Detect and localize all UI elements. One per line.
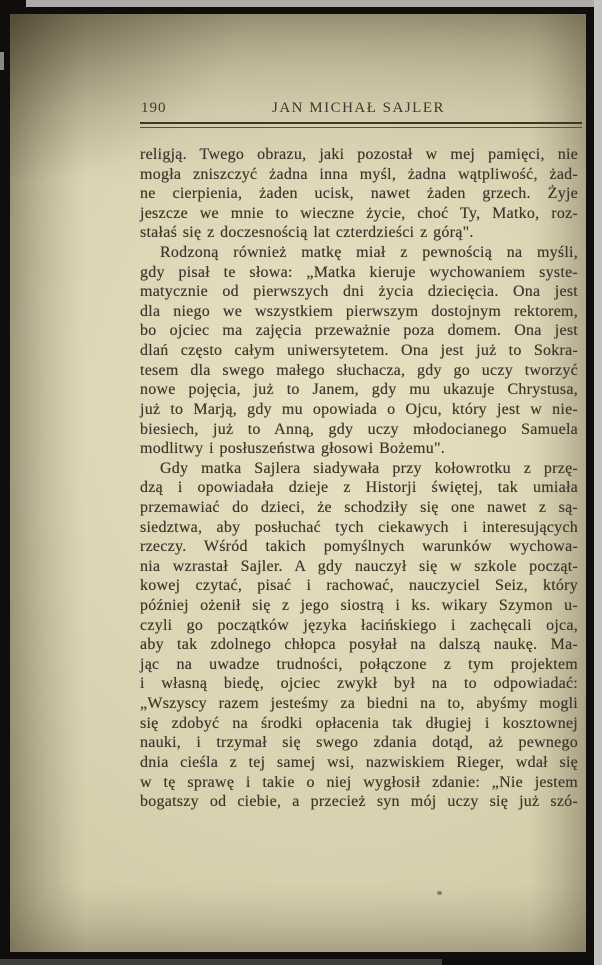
text-line: matycznie od pierwszych dni życia dzieci… [140,282,578,302]
text-line: dla niego we wszystkiem pierwszym dostoj… [140,302,578,322]
text-line: modlitwy i posłuszeństwa głosowi Bożemu"… [140,439,578,459]
text-line: nia wzrastał Sajler. A gdy nauczył się w… [140,557,578,577]
text-line: bogatszy od ciebie, a przecież syn mój u… [140,792,578,812]
text-line: w tę sprawę i takie o niej wygłosił zdan… [140,773,578,793]
text-line: już to Marją, gdy mu opowiada o Ojcu, kt… [140,400,578,420]
page-header: 190 JAN MICHAŁ SAJLER [140,100,578,121]
text-line: aby tak zdolnego chłopca posyłał na dals… [140,635,578,655]
text-line: dnia cieśla z tej samej wsi, nazwiskiem … [140,753,578,773]
text-line: kowej czytać, pisać i rachować, nauczyci… [140,576,578,596]
page-body-text: religją. Twego obrazu, jaki pozostał w m… [140,145,578,812]
text-line: mogła zniszczyć żadna inna myśl, żadna w… [140,165,578,185]
scanner-bed-edge-left [0,52,4,70]
text-line: biesiech, już to Anną, gdy uczy młodocia… [140,420,578,440]
running-title: JAN MICHAŁ SAJLER [272,100,445,117]
scan-speck [437,891,442,895]
text-line: rzeczy. Wśród takich pomyślnych warunków… [140,537,578,557]
text-line: dzą i opowiadała dzieje z Historji święt… [140,478,578,498]
text-line: jąc na uwadze trudności, połączone z tym… [140,655,578,675]
text-column: 190 JAN MICHAŁ SAJLER religją. Twego obr… [140,100,578,812]
text-line: stałaś się z doczesnością lat czterdzieś… [140,223,578,243]
text-line: czyli go początków języka łacińskiego i … [140,616,578,636]
scanner-bed-edge-bottom [0,959,442,965]
scanner-bed-edge-top [26,0,594,7]
header-rule-divider [140,122,582,128]
scanned-book-page: 190 JAN MICHAŁ SAJLER religją. Twego obr… [0,0,602,965]
scanner-bed-edge-right [594,0,602,965]
text-line: jeszcze we mnie to wieczne życie, choć T… [140,204,578,224]
text-line: gdy pisał te słowa: „Matka kieruje wycho… [140,263,578,283]
page-number: 190 [141,100,167,117]
text-line: przemawiać do dzieci, że schodziły się o… [140,498,578,518]
text-line: dlań często całym uniwersytetem. Ona jes… [140,341,578,361]
text-line: bo ojciec ma zajęcia przeważnie poza dom… [140,321,578,341]
text-line: później ożenił się z jego siostrą i ks. … [140,596,578,616]
text-line: tesem dla swego małego słuchacza, gdy go… [140,361,578,381]
text-line: nowe pojęcia, już to Janem, gdy mu ukazu… [140,380,578,400]
text-line: siedztwa, aby posłuchać tych ciekawych i… [140,518,578,538]
text-line: „Wszyscy razem jesteśmy za biedni na to,… [140,694,578,714]
text-line: i własną biedę, ojciec zwykł był na to o… [140,674,578,694]
text-line: Gdy matka Sajlera siadywała przy kołowro… [140,459,578,479]
text-line: religją. Twego obrazu, jaki pozostał w m… [140,145,578,165]
text-line: ne cierpienia, żaden ucisk, nawet żaden … [140,184,578,204]
book-page: 190 JAN MICHAŁ SAJLER religją. Twego obr… [10,14,586,952]
text-line: nauki, i trzymał się swego zdania dotąd,… [140,733,578,753]
text-line: Rodzoną również matkę miał z pewnością n… [140,243,578,263]
text-line: się zdobyć na środki opłacenia tak długi… [140,714,578,734]
